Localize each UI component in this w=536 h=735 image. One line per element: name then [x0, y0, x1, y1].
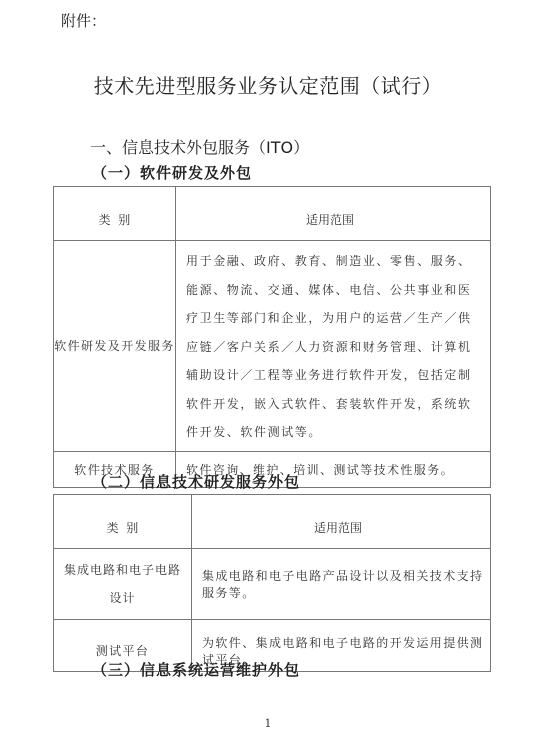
page-number: 1	[0, 717, 536, 730]
subsection-heading-ops: （三）信息系统运营维护外包	[92, 659, 300, 680]
table-header-row: 类 别 适用范围	[54, 187, 491, 241]
scope-cell: 集成电路和电子电路产品设计以及相关技术支持服务等。	[192, 549, 491, 620]
column-header-category: 类 别	[54, 495, 192, 549]
software-scope-table: 类 别 适用范围 软件研发及开发服务 用于金融、政府、教育、制造业、零售、服务、…	[53, 186, 491, 488]
column-header-scope: 适用范围	[192, 495, 491, 549]
rd-scope-table: 类 别 适用范围 集成电路和电子电路设计 集成电路和电子电路产品设计以及相关技术…	[53, 494, 491, 672]
table-row: 软件研发及开发服务 用于金融、政府、教育、制造业、零售、服务、能源、物流、交通、…	[54, 241, 491, 452]
section-heading-ito: 一、信息技术外包服务（ITO）	[90, 135, 309, 158]
attachment-label: 附件：	[61, 10, 106, 31]
table-row: 集成电路和电子电路设计 集成电路和电子电路产品设计以及相关技术支持服务等。	[54, 549, 491, 620]
column-header-scope: 适用范围	[176, 187, 491, 241]
column-header-category: 类 别	[54, 187, 176, 241]
scope-cell: 用于金融、政府、教育、制造业、零售、服务、能源、物流、交通、媒体、电信、公共事业…	[176, 241, 491, 452]
table-header-row: 类 别 适用范围	[54, 495, 491, 549]
subsection-heading-rd: （二）信息技术研发服务外包	[92, 471, 300, 492]
category-cell: 集成电路和电子电路设计	[54, 549, 192, 620]
category-cell: 软件研发及开发服务	[54, 241, 176, 452]
subsection-heading-software: （一）软件研发及外包	[92, 162, 252, 183]
document-title: 技术先进型服务业务认定范围（试行）	[0, 70, 536, 99]
